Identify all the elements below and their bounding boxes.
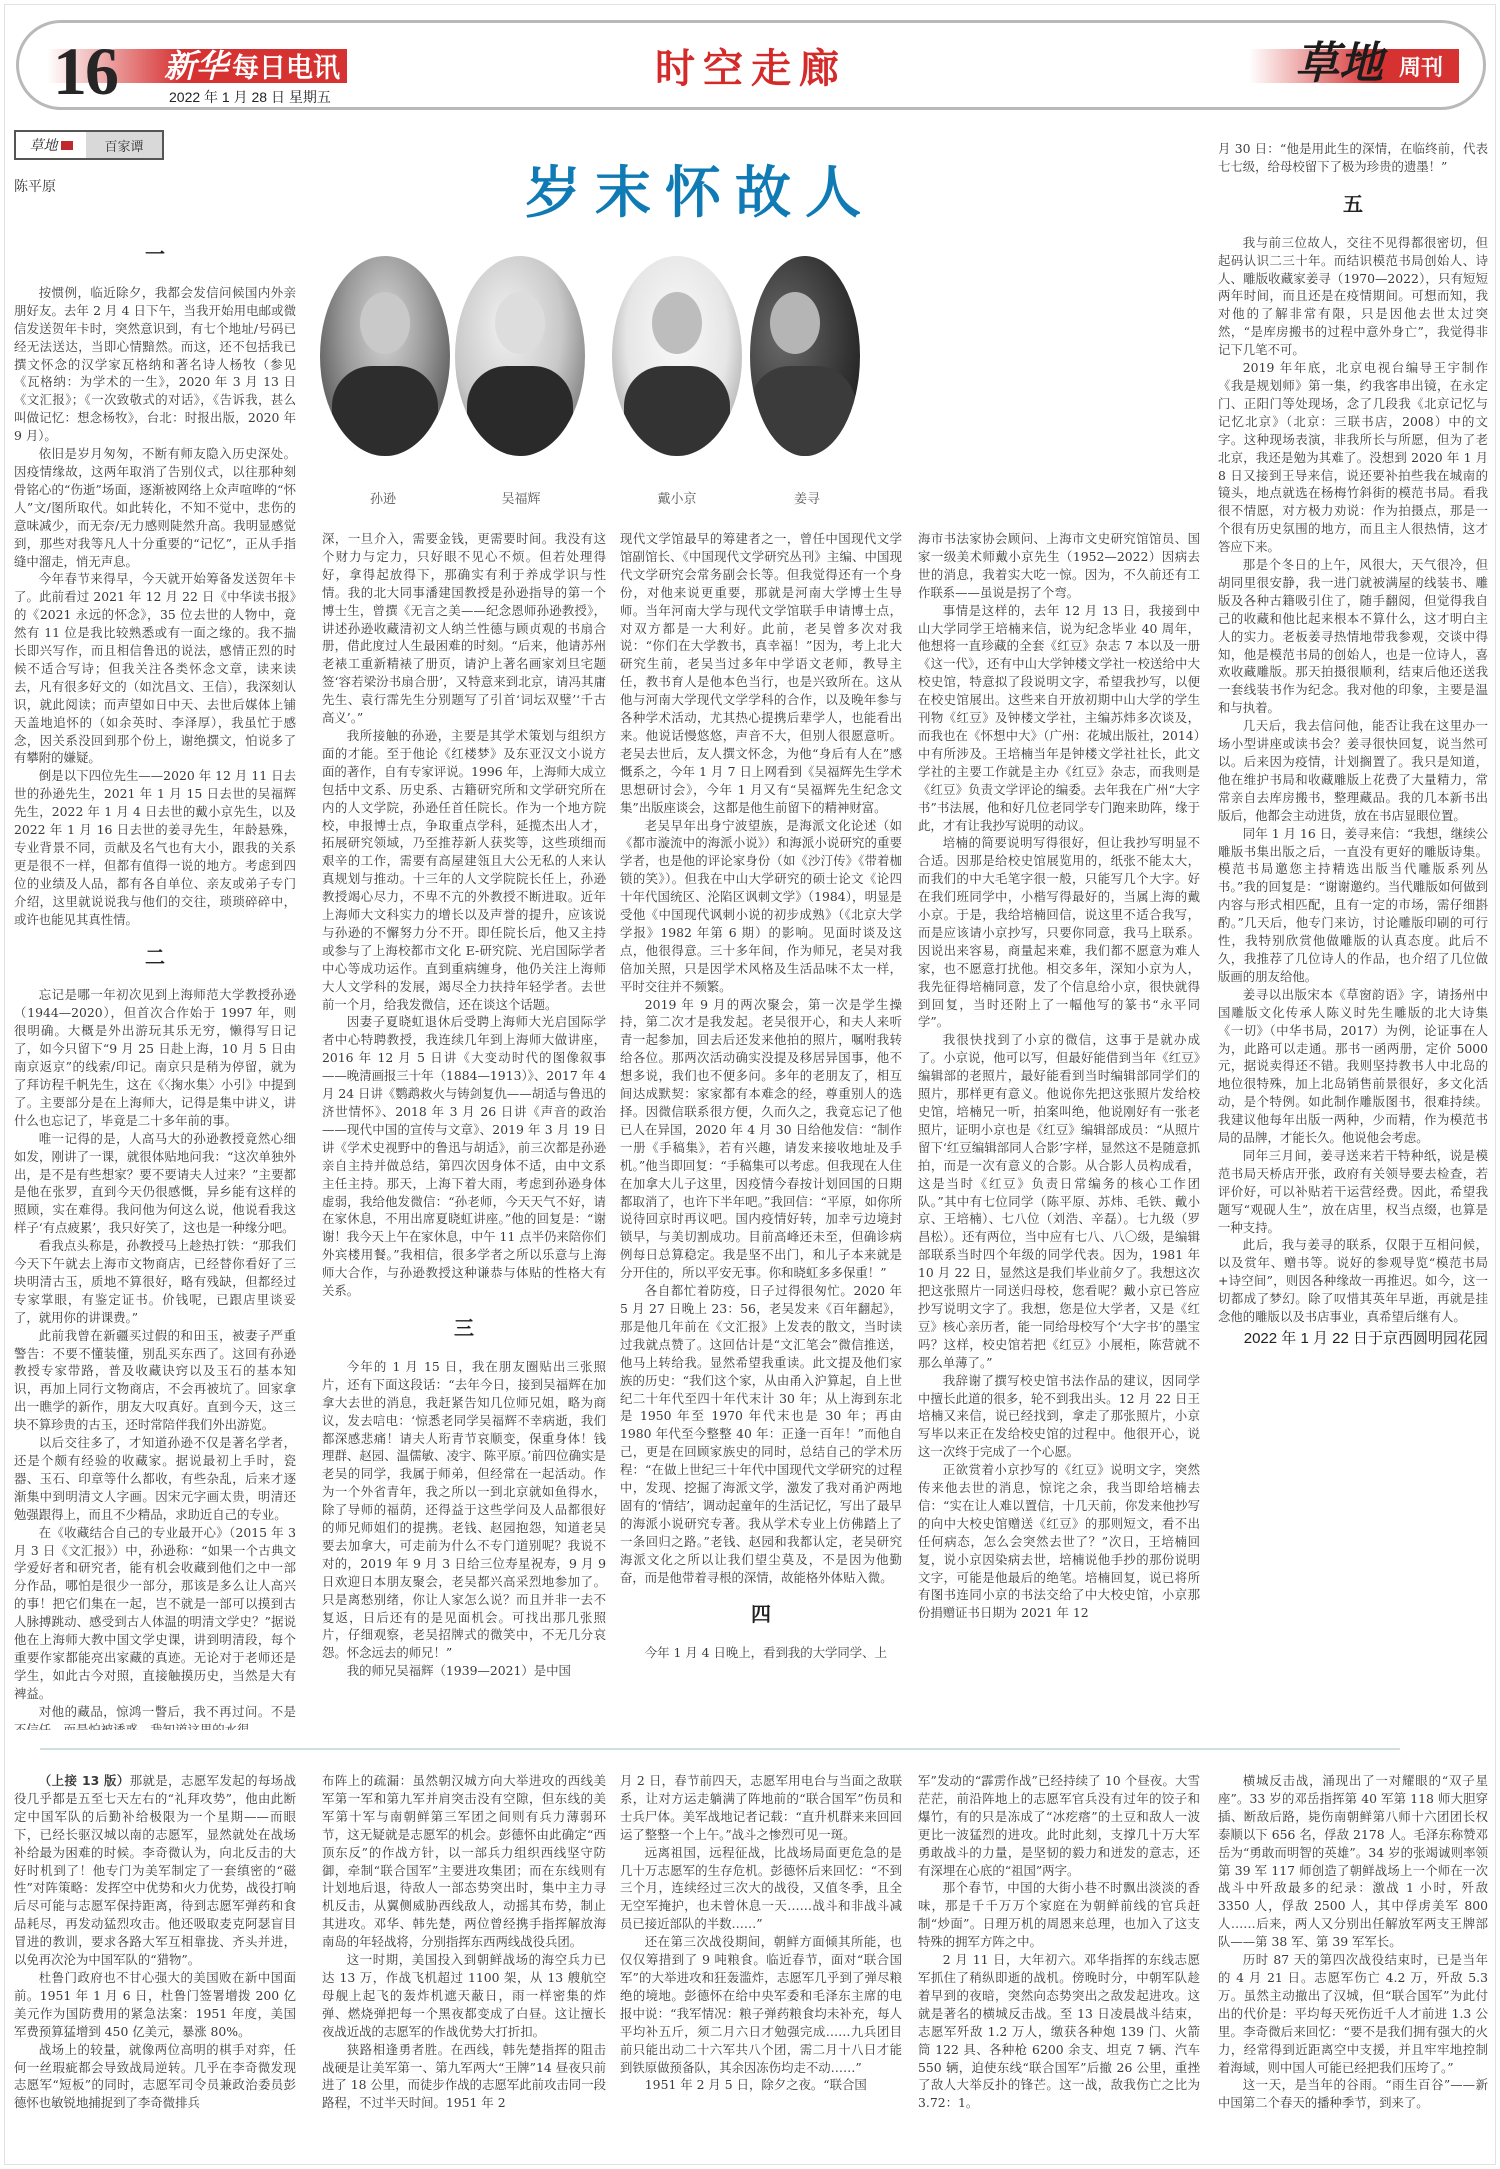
article-column-3: 现代文学馆最早的筹建者之一，曾任中国现代文学馆副馆长、《中国现代文学研究丛刊》主… bbox=[620, 530, 902, 1730]
paragraph: 狭路相逢勇者胜。在西线，韩先楚指挥的阻击战硬是让美军第一、第九军两大“王牌”14… bbox=[322, 2041, 606, 2113]
article-headline: 岁末怀故人 bbox=[300, 162, 1100, 226]
paragraph: 培楠的简要说明写得很好，但让我抄写明显不合适。因那是给校史馆展览用的，纸张不能太… bbox=[918, 834, 1200, 1031]
section-heading-1: 一 bbox=[14, 246, 296, 264]
paragraph: 我辞谢了撰写校史馆书法作品的建议，因同学中擅长此道的很多，轮不到我出头。12 月… bbox=[918, 1372, 1200, 1462]
portrait-caption-4: 姜寻 bbox=[742, 488, 872, 507]
continued-column-4: 军”发动的“霹雳作战”已经持续了 10 个昼夜。大雪茫茫，前沿阵地上的志愿军官兵… bbox=[918, 1772, 1200, 2152]
continued-column-5: 横城反击战，涌现出了一对耀眼的“双子星座”。33 岁的邓岳指挥第 40 军第 1… bbox=[1218, 1772, 1488, 2152]
paragraph: 我很快找到了小京的微信，这事于是就办成了。小京说，他可以写，但最好能借到当年《红… bbox=[918, 1031, 1200, 1371]
paragraph: 月 2 日，春节前四天，志愿军用电台与当面之敌联系，让对方运走躺满了阵地前的“联… bbox=[620, 1772, 902, 1844]
paragraph: 杜鲁门政府也不甘心强大的美国败在新中国面前。1951 年 1 月 6 日，杜鲁门… bbox=[14, 1969, 296, 2041]
paragraph: 布阵上的疏漏：虽然朝汉城方向大举进攻的西线美军第一军和第九军并肩突击没有空隙，但… bbox=[322, 1772, 606, 1951]
paragraph: 月 30 日：“他是用此生的深情，在临终前，代表七七级，给母校留下了极为珍贵的遗… bbox=[1218, 140, 1488, 176]
paragraph: 这一时期，美国投入到朝鲜战场的海空兵力已达 13 万，作战飞机超过 1100 架… bbox=[322, 1951, 606, 2041]
paragraph: 在《收藏结合自己的专业最开心》（2015 年 3 月 3 日《文汇报》）中，孙逊… bbox=[14, 1524, 296, 1703]
paragraph: 海市书法家协会顾问、上海市文史研究馆馆员、国家一级美术师戴小京先生（1952—2… bbox=[918, 530, 1200, 602]
article-column-5: 月 30 日：“他是用此生的深情，在临终前，代表七七级，给母校留下了极为珍贵的遗… bbox=[1218, 140, 1488, 1730]
paragraph: 依旧是岁月匆匆，不断有师友隐入历史深处。因疫情缘故，这两年取消了告别仪式，以往那… bbox=[14, 445, 296, 570]
paragraph: 这一天，是当年的谷雨。“雨生百谷”——新中国第二个春天的播种季节，到来了。 bbox=[1218, 2076, 1488, 2112]
paragraph: 深，一旦介入，需要金钱，更需要时间。我没有这个财力与定力，只好眼不见心不烦。但若… bbox=[322, 530, 606, 727]
paragraph: 1951 年 2 月 5 日，除夕之夜。“联合国 bbox=[620, 2076, 902, 2094]
section-heading-5: 五 bbox=[1218, 196, 1488, 214]
paragraph: 军”发动的“霹雳作战”已经持续了 10 个昼夜。大雪茫茫，前沿阵地上的志愿军官兵… bbox=[918, 1772, 1200, 1879]
continued-column-3: 月 2 日，春节前四天，志愿军用电台与当面之敌联系，让对方运走躺满了阵地前的“联… bbox=[620, 1772, 902, 2152]
paragraph: 同年三月间，姜寻送来若干特种纸，说是模范书局天桥店开张，政府有关领导要去检查，若… bbox=[1218, 1147, 1488, 1237]
article-column-2: 深，一旦介入，需要金钱，更需要时间。我没有这个财力与定力，只好眼不见心不烦。但若… bbox=[322, 530, 606, 1730]
paragraph: 那个春节，中国的大街小巷不时飘出淡淡的香味，那是千千万万个家庭在为朝鲜前线的官兵… bbox=[918, 1879, 1200, 1951]
article-column-4: 海市书法家协会顾问、上海市文史研究馆馆员、国家一级美术师戴小京先生（1952—2… bbox=[918, 530, 1200, 1730]
paragraph: 因妻子夏晓虹退休后受聘上海师大光启国际学者中心特聘教授，我连续几年到上海师大做讲… bbox=[322, 1013, 606, 1300]
portrait-caption-1: 孙逊 bbox=[318, 488, 448, 507]
paragraph: 横城反击战，涌现出了一对耀眼的“双子星座”。33 岁的邓岳指挥第 40 军第 1… bbox=[1218, 1772, 1488, 1951]
paragraph: 老吴早年出身宁波望族，是海派文化论述（如《都市漩流中的海派小说》）和海派小说研究… bbox=[620, 817, 902, 996]
paragraph: 事情是这样的，去年 12 月 13 日，我接到中山大学同学王培楠来信，说为纪念毕… bbox=[918, 602, 1200, 835]
paragraph: 倒是以下四位先生——2020 年 12 月 11 日去世的孙逊先生，2021 年… bbox=[14, 767, 296, 928]
continued-column-1: （上接 13 版）那就是，志愿军发起的每场战役几乎都是五至七天左右的“礼拜攻势”… bbox=[14, 1772, 296, 2152]
continued-column-2: 布阵上的疏漏：虽然朝汉城方向大举进攻的西线美军第一军和第九军并肩突击没有空隙，但… bbox=[322, 1772, 606, 2152]
paragraph: 还在第三次战役期间，朝鲜方面倾其所能，也仅仅筹措到了 9 吨粮食。临近春节，面对… bbox=[620, 1933, 902, 2076]
paragraph: 历时 87 天的第四次战役结束时，已是当年的 4 月 21 日。志愿军伤亡 4.… bbox=[1218, 1951, 1488, 2076]
paragraph: 远离祖国，远程征战，比战场局面更危急的是几十万志愿军的生存危机。彭德怀后来回忆：… bbox=[620, 1844, 902, 1934]
story-divider bbox=[40, 1748, 1400, 1750]
paragraph: 各自都忙着防疫，日子过得很匆忙。2020 年 5 月 27 日晚上 23：56，… bbox=[620, 1282, 902, 1586]
section-heading-2: 二 bbox=[14, 949, 296, 967]
paragraph: 几天后，我去信问他，能否让我在这里办一场小型讲座或读书会？姜寻很快回复，说当然可… bbox=[1218, 717, 1488, 824]
paragraph: 今年 1 月 4 日晚上，看到我的大学同学、上 bbox=[620, 1644, 902, 1662]
column-logo-icon: 草地 bbox=[16, 132, 86, 158]
portrait-photo-1 bbox=[320, 256, 450, 456]
paragraph: 按惯例，临近除夕，我都会发信问候国内外亲朋好友。去年 2 月 4 日下午，当我开… bbox=[14, 284, 296, 445]
paragraph: 忘记是哪一年初次见到上海师范大学教授孙逊（1944—2020），但首次合作始于 … bbox=[14, 986, 296, 1129]
column-tag: 草地 百家谭 bbox=[14, 130, 164, 160]
paragraph: 同年 1 月 16 日，姜寻来信：“我想，继续公雕版书集出版之后，一直没有更好的… bbox=[1218, 825, 1488, 986]
supplement-label: 周刊 bbox=[1399, 51, 1443, 82]
paragraph: 战场上的较量，就像两位高明的棋手对弈，任何一丝瑕疵都会导致战局逆转。几乎在李奇微… bbox=[14, 2041, 296, 2113]
paragraph: 2019 年 9 月的两次聚会，第一次是学生操持，第二次才是我发起。老吴很开心，… bbox=[620, 996, 902, 1283]
paragraph: 我所接触的孙逊，主要是其学术策划与组织方面的才能。至于他论《红楼梦》及东亚汉文小… bbox=[322, 727, 606, 1014]
portrait-photo-4 bbox=[750, 256, 860, 456]
column-label: 百家谭 bbox=[86, 132, 162, 158]
paragraph: 现代文学馆最早的筹建者之一，曾任中国现代文学馆副馆长、《中国现代文学研究丛刊》主… bbox=[620, 530, 902, 817]
paragraph: 看我点头称是，孙教授马上趁热打铁：“那我们今天下午就去上海市文物商店，已经替你看… bbox=[14, 1237, 296, 1327]
continued-from-label: （上接 13 版） bbox=[39, 1773, 130, 1788]
article-signoff: 2022 年 1 月 22 日于京西圆明园花园 bbox=[1218, 1330, 1488, 1348]
section-heading-3: 三 bbox=[322, 1320, 606, 1338]
portrait-caption-3: 戴小京 bbox=[612, 488, 742, 507]
paragraph: （上接 13 版）那就是，志愿军发起的每场战役几乎都是五至七天左右的“礼拜攻势”… bbox=[14, 1772, 296, 1969]
paragraph: 此前我曾在新疆买过假的和田玉，被妻子严重警告：不要不懂装懂，别乱买东西了。这回有… bbox=[14, 1327, 296, 1434]
paragraph: 那是个冬日的上午，风很大，天气很冷，但胡同里很安静，我一进门就被满屋的线装书、雕… bbox=[1218, 556, 1488, 717]
portrait-photo-2 bbox=[455, 256, 585, 456]
paragraph: 我与前三位故人，交往不见得都很密切，但起码认识二三十年。而结识模范书局创始人、诗… bbox=[1218, 234, 1488, 359]
supplement-script: 草地 bbox=[1295, 27, 1383, 91]
paragraph: 我的师兄吴福辉（1939—2021）是中国 bbox=[322, 1662, 606, 1680]
masthead: 16 新华每日电讯 2022 年 1 月 28 日 星期五 时空走廊 草地 周刊 bbox=[16, 20, 1486, 110]
paragraph: 2019 年年底，北京电视台编导王宇制作《我是规划师》第一集，约我客串出镜，在永… bbox=[1218, 359, 1488, 556]
paragraph: 对他的藏品，惊鸿一瞥后，我不再过问。不是不信任，而是怕被诱惑。我知道这里的水很 bbox=[14, 1703, 296, 1730]
article-column-1: 一 按惯例，临近除夕，我都会发信问候国内外亲朋好友。去年 2 月 4 日下午，当… bbox=[14, 246, 296, 1730]
paragraph: 2 月 11 日，大年初六。邓华指挥的东线志愿军抓住了稍纵即逝的战机。傍晚时分，… bbox=[918, 1951, 1200, 2112]
paragraph: 今年春节来得早，今天就开始筹备发送贺年卡了。此前看过 2021 年 12 月 2… bbox=[14, 570, 296, 767]
paragraph: 唯一记得的是，人高马大的孙逊教授竟然心细如发，刚讲了一课，就很体贴地问我：“这次… bbox=[14, 1130, 296, 1237]
paragraph: 正欲赏着小京抄写的《红豆》说明文字，突然传来他去世的消息，惊诧之余，我当即给培楠… bbox=[918, 1461, 1200, 1622]
paragraph: 今年的 1 月 15 日，我在朋友圈贴出三张照片，还有下面这段话：“去年今日，接… bbox=[322, 1358, 606, 1662]
paragraph: 此后，我与姜寻的联系，仅限于互相问候，以及赏年、赠书等。说好的参观导览“模范书局… bbox=[1218, 1236, 1488, 1326]
paragraph: 姜寻以出版宋本《草窗韵语》字，请扬州中国雕版文化传承人陈义时先生雕版的北大诗集《… bbox=[1218, 986, 1488, 1147]
author-byline: 陈平原 bbox=[14, 176, 56, 196]
paragraph: 以后交往多了，才知道孙逊不仅是著名学者，还是个颇有经验的收藏家。据说最初上手时，… bbox=[14, 1434, 296, 1524]
portrait-photo-3 bbox=[612, 256, 742, 456]
section-heading-4: 四 bbox=[620, 1606, 902, 1624]
portrait-caption-2: 吴福辉 bbox=[456, 488, 586, 507]
